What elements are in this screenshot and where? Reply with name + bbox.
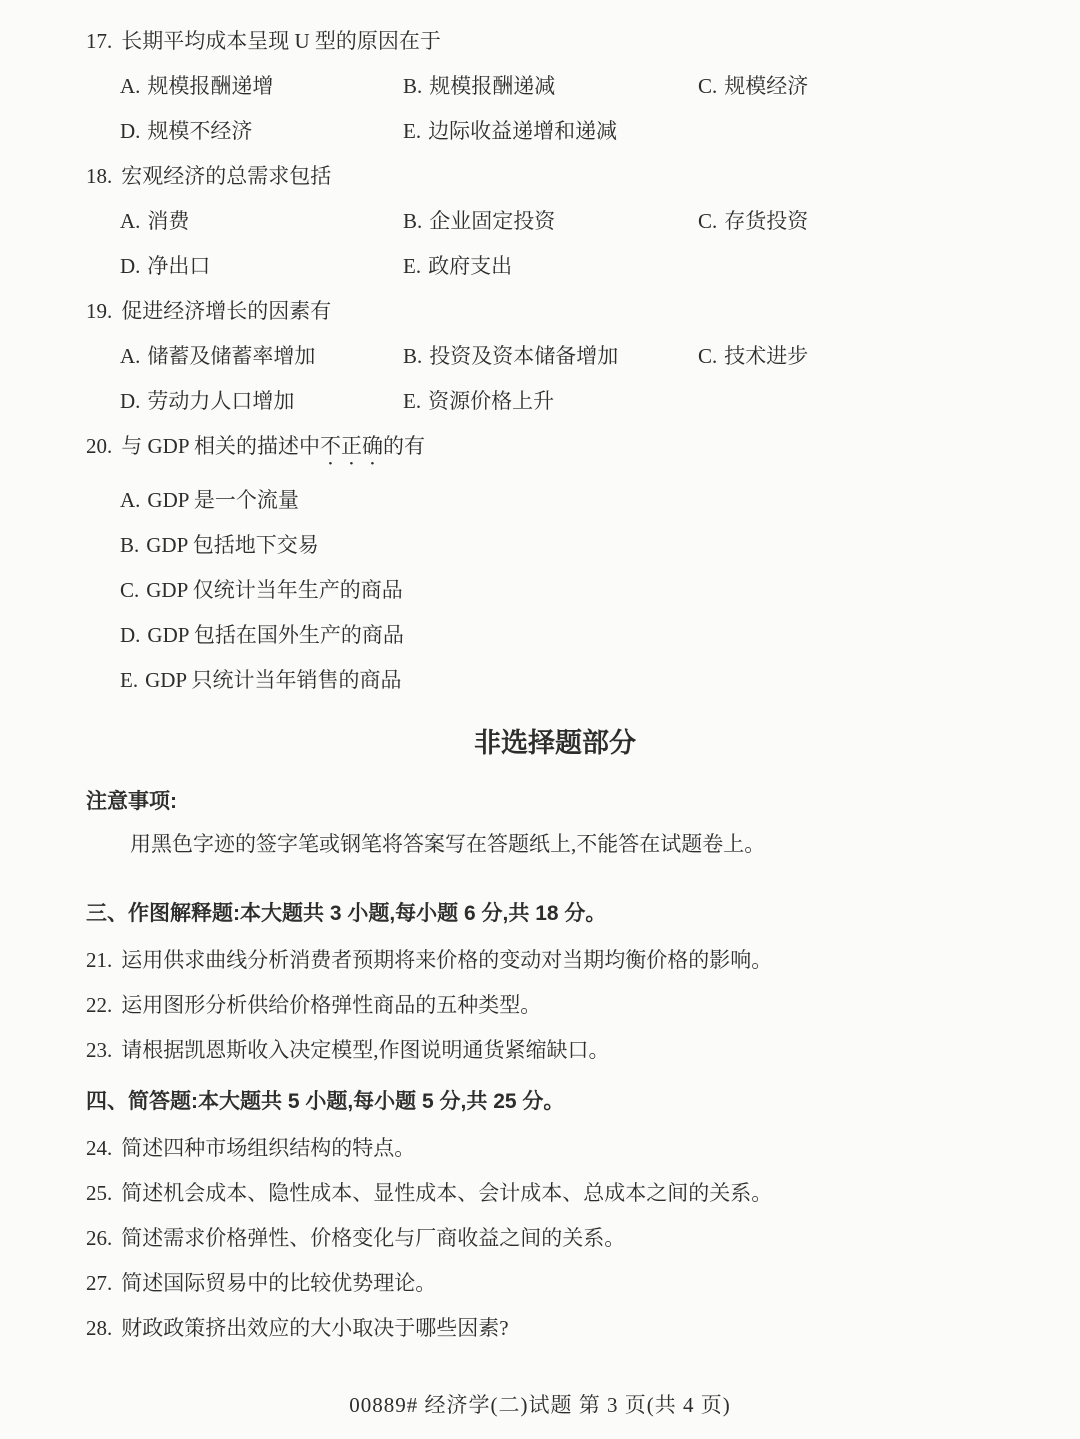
- section-3-heading: 三、作图解释题:本大题共 3 小题,每小题 6 分,共 18 分。: [86, 899, 1024, 929]
- question-text: 长期平均成本呈现 U 型的原因在于: [121, 29, 441, 53]
- question-number: 19.: [86, 299, 112, 323]
- options-row: A.规模报酬递增 B.规模报酬递减 C.规模经济: [86, 71, 1024, 101]
- question-21: 21.运用供求曲线分析消费者预期将来价格的变动对当期均衡价格的影响。: [86, 945, 1024, 975]
- question-text-post: 的有: [383, 434, 425, 458]
- question-17: 17.长期平均成本呈现 U 型的原因在于 A.规模报酬递增 B.规模报酬递减 C…: [86, 26, 1024, 146]
- question-text: 简述机会成本、隐性成本、显性成本、会计成本、总成本之间的关系。: [121, 1181, 772, 1205]
- question-number: 17.: [86, 29, 112, 53]
- section-title: 非选择题部分: [86, 725, 1024, 761]
- question-text-emphasis: 不正确: [320, 434, 383, 458]
- option-d: D.劳动力人口增加: [120, 386, 403, 416]
- option-d: D.GDP 包括在国外生产的商品: [86, 620, 1024, 650]
- question-25: 25.简述机会成本、隐性成本、显性成本、会计成本、总成本之间的关系。: [86, 1178, 1024, 1208]
- question-23: 23.请根据凯恩斯收入决定模型,作图说明通货紧缩缺口。: [86, 1035, 1024, 1065]
- question-number: 20.: [86, 434, 112, 458]
- question-number: 28.: [86, 1316, 112, 1340]
- question-number: 22.: [86, 993, 112, 1017]
- question-24: 24.简述四种市场组织结构的特点。: [86, 1133, 1024, 1163]
- question-text-pre: 与 GDP 相关的描述中: [121, 434, 320, 458]
- question-text: 请根据凯恩斯收入决定模型,作图说明通货紧缩缺口。: [121, 1038, 609, 1062]
- question-line: 20.与 GDP 相关的描述中不正确的有: [86, 431, 1024, 470]
- question-19: 19.促进经济增长的因素有 A.储蓄及储蓄率增加 B.投资及资本储备增加 C.技…: [86, 296, 1024, 416]
- question-text: 运用图形分析供给价格弹性商品的五种类型。: [121, 993, 541, 1017]
- exam-page: 17.长期平均成本呈现 U 型的原因在于 A.规模报酬递增 B.规模报酬递减 C…: [0, 0, 1080, 1439]
- option-b: B.规模报酬递减: [403, 71, 698, 101]
- question-number: 27.: [86, 1271, 112, 1295]
- question-line: 19.促进经济增长的因素有: [86, 296, 1024, 326]
- question-text: 宏观经济的总需求包括: [121, 164, 331, 188]
- option-c: C.技术进步: [698, 341, 1024, 371]
- option-c: C.规模经济: [698, 71, 1024, 101]
- question-number: 23.: [86, 1038, 112, 1062]
- notice-body: 用黑色字迹的签字笔或钢笔将答案写在答题纸上,不能答在试题卷上。: [86, 829, 1024, 859]
- options-row: D.规模不经济 E.边际收益递增和递减: [86, 116, 1024, 146]
- question-26: 26.简述需求价格弹性、价格变化与厂商收益之间的关系。: [86, 1223, 1024, 1253]
- page-footer: 00889# 经济学(二)试题 第 3 页(共 4 页): [0, 1391, 1080, 1419]
- option-a: A.GDP 是一个流量: [86, 485, 1024, 515]
- question-line: 17.长期平均成本呈现 U 型的原因在于: [86, 26, 1024, 56]
- option-a: A.消费: [120, 206, 403, 236]
- option-d: D.净出口: [120, 251, 403, 281]
- section-4-heading: 四、简答题:本大题共 5 小题,每小题 5 分,共 25 分。: [86, 1087, 1024, 1117]
- option-e: E.政府支出: [403, 251, 698, 281]
- option-c: C.GDP 仅统计当年生产的商品: [86, 575, 1024, 605]
- question-number: 25.: [86, 1181, 112, 1205]
- question-number: 21.: [86, 948, 112, 972]
- exam-content: 17.长期平均成本呈现 U 型的原因在于 A.规模报酬递增 B.规模报酬递减 C…: [0, 0, 1080, 1343]
- option-e: E.资源价格上升: [403, 386, 698, 416]
- options-row: A.消费 B.企业固定投资 C.存货投资: [86, 206, 1024, 236]
- question-18: 18.宏观经济的总需求包括 A.消费 B.企业固定投资 C.存货投资 D.净出口…: [86, 161, 1024, 281]
- options-row: D.净出口 E.政府支出: [86, 251, 1024, 281]
- option-e: E.边际收益递增和递减: [403, 116, 698, 146]
- question-27: 27.简述国际贸易中的比较优势理论。: [86, 1268, 1024, 1298]
- option-a: A.规模报酬递增: [120, 71, 403, 101]
- question-text: 简述需求价格弹性、价格变化与厂商收益之间的关系。: [121, 1226, 625, 1250]
- question-22: 22.运用图形分析供给价格弹性商品的五种类型。: [86, 990, 1024, 1020]
- notice-heading: 注意事项:: [86, 787, 1024, 817]
- question-number: 18.: [86, 164, 112, 188]
- question-text: 简述国际贸易中的比较优势理论。: [121, 1271, 436, 1295]
- option-e: E.GDP 只统计当年销售的商品: [86, 665, 1024, 695]
- question-text: 简述四种市场组织结构的特点。: [121, 1136, 415, 1160]
- question-text: 促进经济增长的因素有: [121, 299, 331, 323]
- question-line: 18.宏观经济的总需求包括: [86, 161, 1024, 191]
- option-c: C.存货投资: [698, 206, 1024, 236]
- section-3: 三、作图解释题:本大题共 3 小题,每小题 6 分,共 18 分。 21.运用供…: [86, 899, 1024, 1065]
- question-20: 20.与 GDP 相关的描述中不正确的有 A.GDP 是一个流量 B.GDP 包…: [86, 431, 1024, 695]
- option-d: D.规模不经济: [120, 116, 403, 146]
- options-row: A.储蓄及储蓄率增加 B.投资及资本储备增加 C.技术进步: [86, 341, 1024, 371]
- notice-block: 注意事项: 用黑色字迹的签字笔或钢笔将答案写在答题纸上,不能答在试题卷上。: [86, 787, 1024, 859]
- option-b: B.投资及资本储备增加: [403, 341, 698, 371]
- options-row: D.劳动力人口增加 E.资源价格上升: [86, 386, 1024, 416]
- option-b: B.GDP 包括地下交易: [86, 530, 1024, 560]
- question-text: 财政政策挤出效应的大小取决于哪些因素?: [121, 1316, 508, 1340]
- option-a: A.储蓄及储蓄率增加: [120, 341, 403, 371]
- question-number: 26.: [86, 1226, 112, 1250]
- section-4: 四、简答题:本大题共 5 小题,每小题 5 分,共 25 分。 24.简述四种市…: [86, 1087, 1024, 1343]
- option-b: B.企业固定投资: [403, 206, 698, 236]
- question-28: 28.财政政策挤出效应的大小取决于哪些因素?: [86, 1313, 1024, 1343]
- question-number: 24.: [86, 1136, 112, 1160]
- question-text: 运用供求曲线分析消费者预期将来价格的变动对当期均衡价格的影响。: [121, 948, 772, 972]
